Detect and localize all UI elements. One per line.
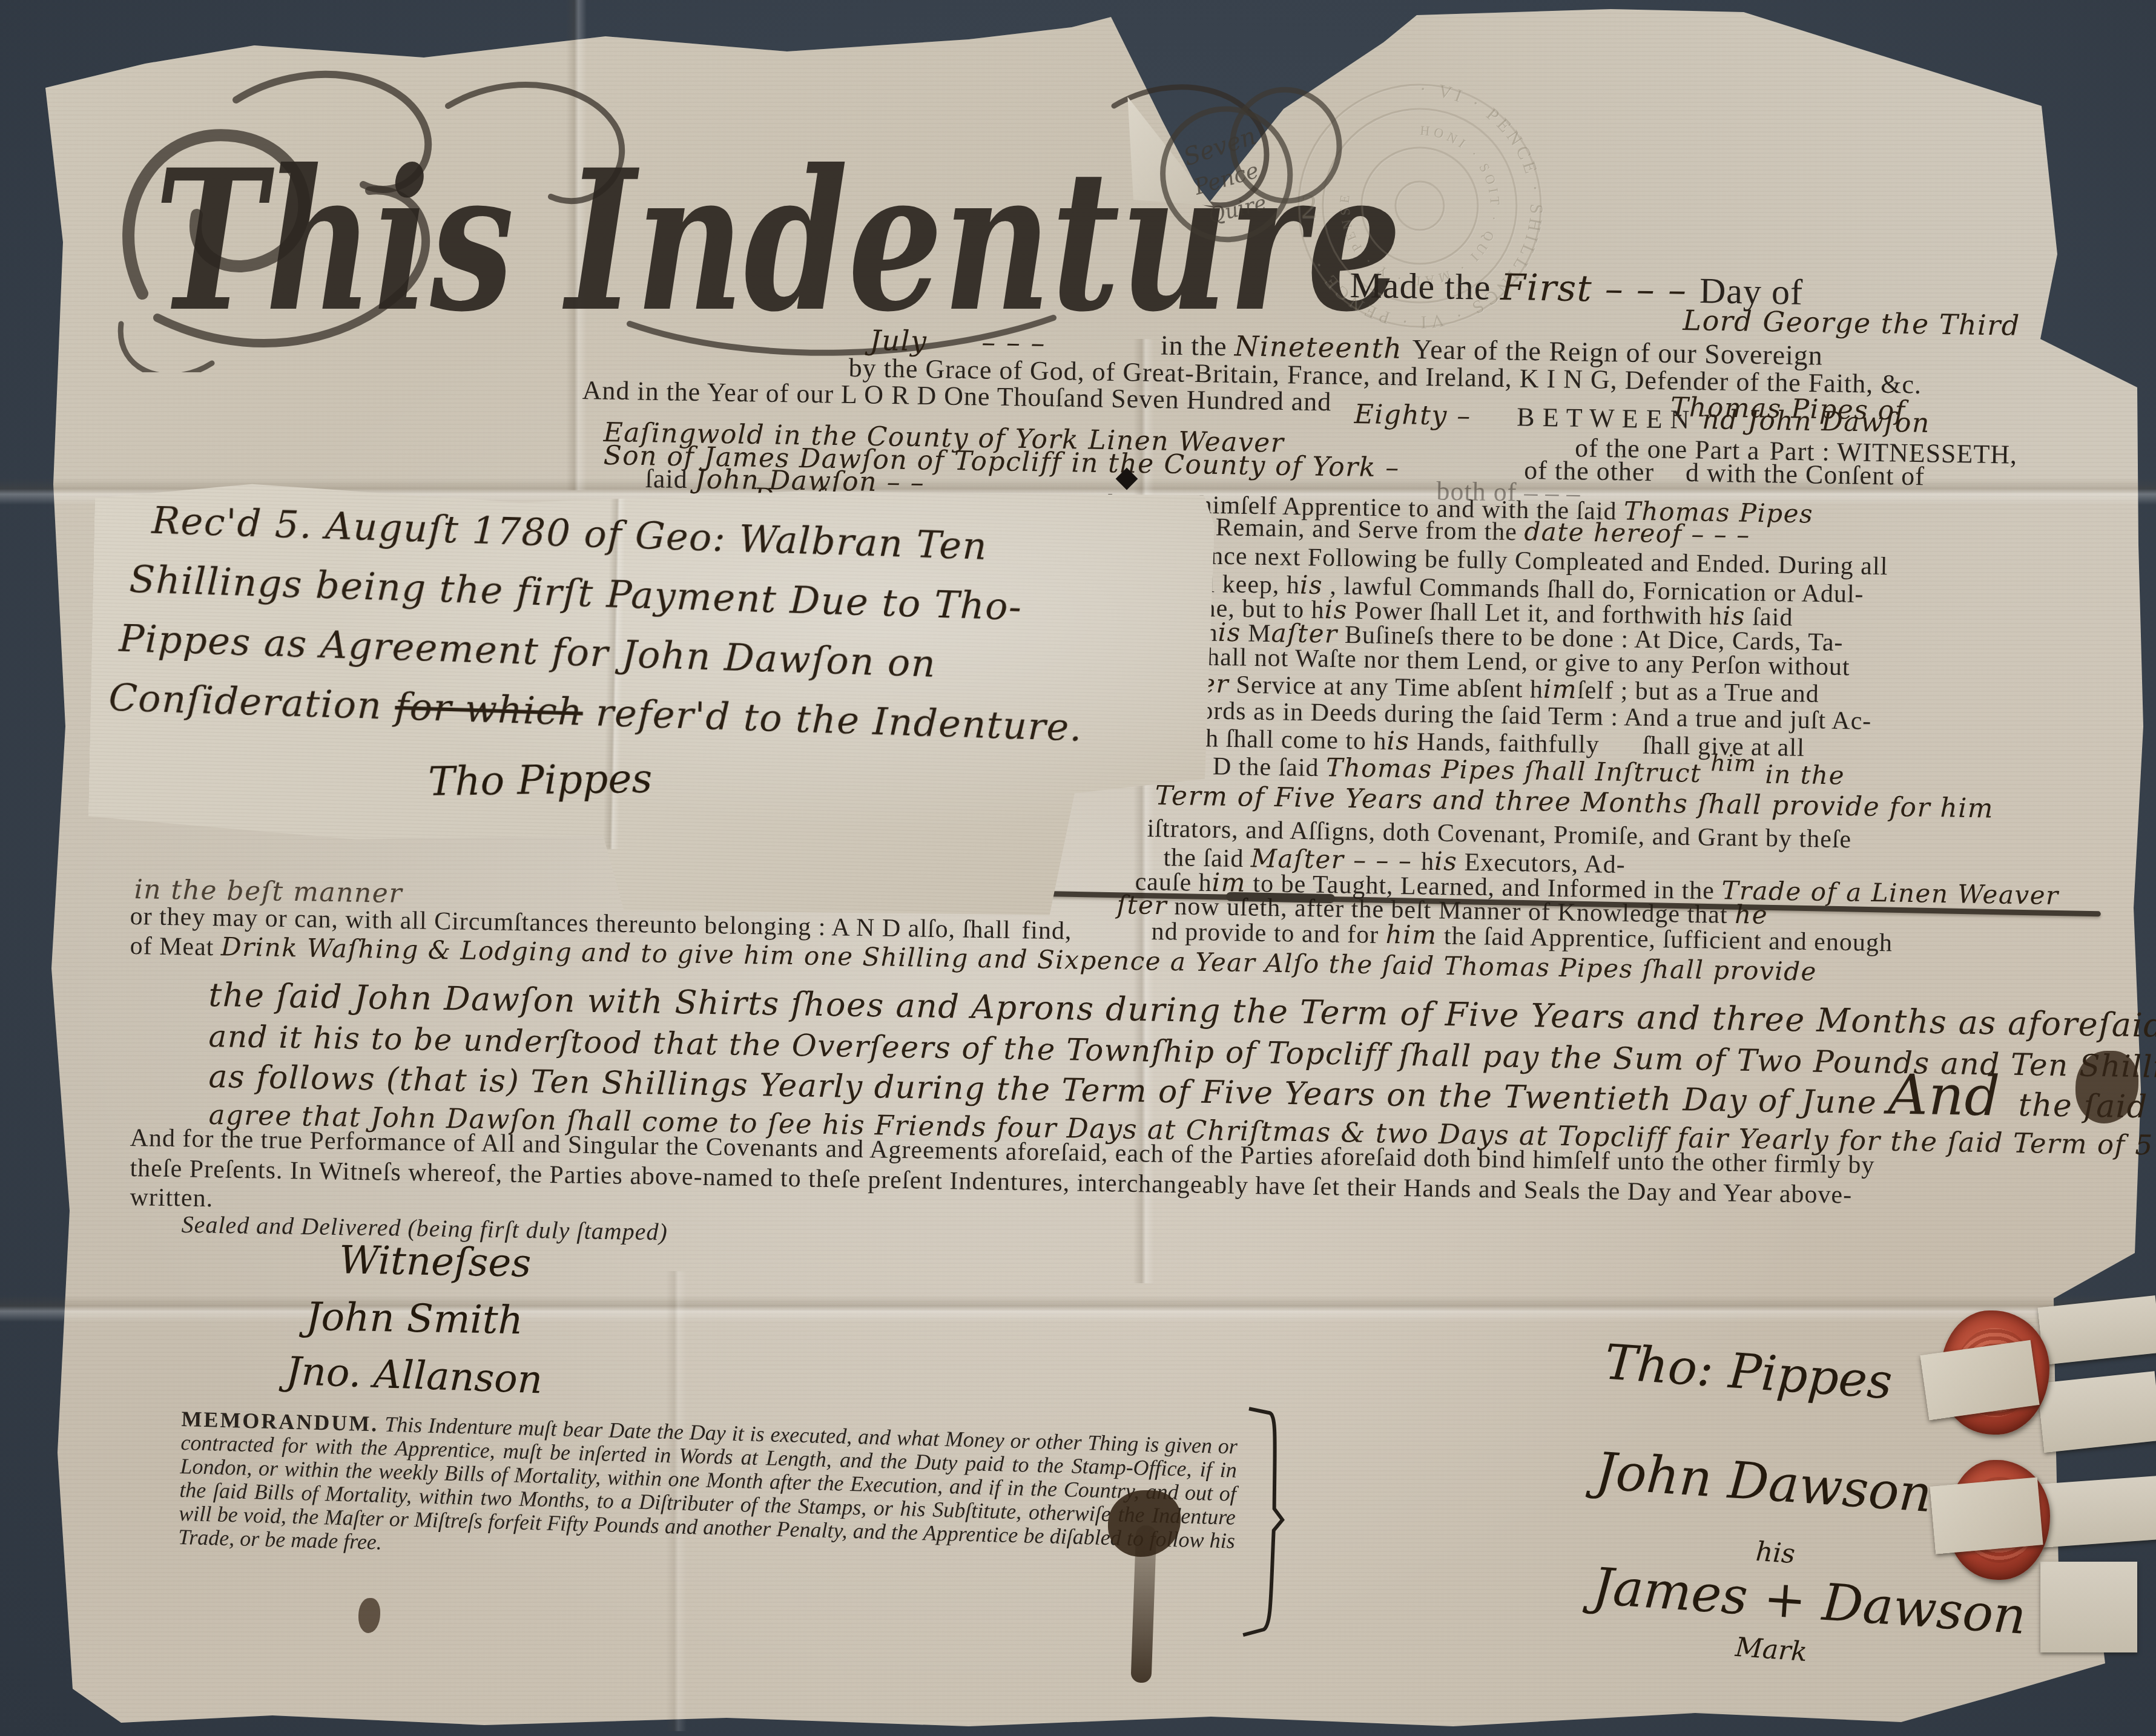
- note-line-3: Pippes as Agreement for John Dawſon on: [118, 619, 937, 685]
- paper-tab: [2040, 1562, 2137, 1652]
- note-line-2: Shillings being the firſt Payment Due to…: [128, 559, 1023, 628]
- note-line-4: Conſideration for which refer'd to the I…: [108, 677, 1083, 749]
- memorandum-bracket: [1239, 1405, 1288, 1642]
- paper-tab: [2037, 1371, 2156, 1453]
- paper-tab: [2039, 1476, 2156, 1547]
- signature-john-smith: John Smith: [305, 1295, 523, 1343]
- memorandum-block: MEMORANDUM. This Indenture muſt bear Dat…: [178, 1407, 1238, 1577]
- signature-mark-label: Mark: [1734, 1632, 1808, 1668]
- signature-jno-allanson: Jno. Allanson: [285, 1349, 543, 1403]
- paper-tab: [2038, 1295, 2156, 1365]
- note-signature-tho-pippes: Tho Pippes: [428, 755, 653, 805]
- signature-his-label: his: [1755, 1536, 1796, 1570]
- witness-label: Witneſses: [338, 1238, 531, 1286]
- line-lord-george-the-third: Lord George the Third: [1683, 306, 2020, 341]
- ink-stamp-word-3: Quire: [1206, 191, 1269, 228]
- note-line-1: Rec'd 5. Auguſt 1780 of Geo: Walbran Ten: [151, 501, 989, 567]
- line-written: written.: [130, 1184, 213, 1212]
- seal-paper-patch: [1930, 1477, 2043, 1554]
- document-photo: This Indenture · VI · PENCE · SHILLINGS …: [0, 0, 2156, 1736]
